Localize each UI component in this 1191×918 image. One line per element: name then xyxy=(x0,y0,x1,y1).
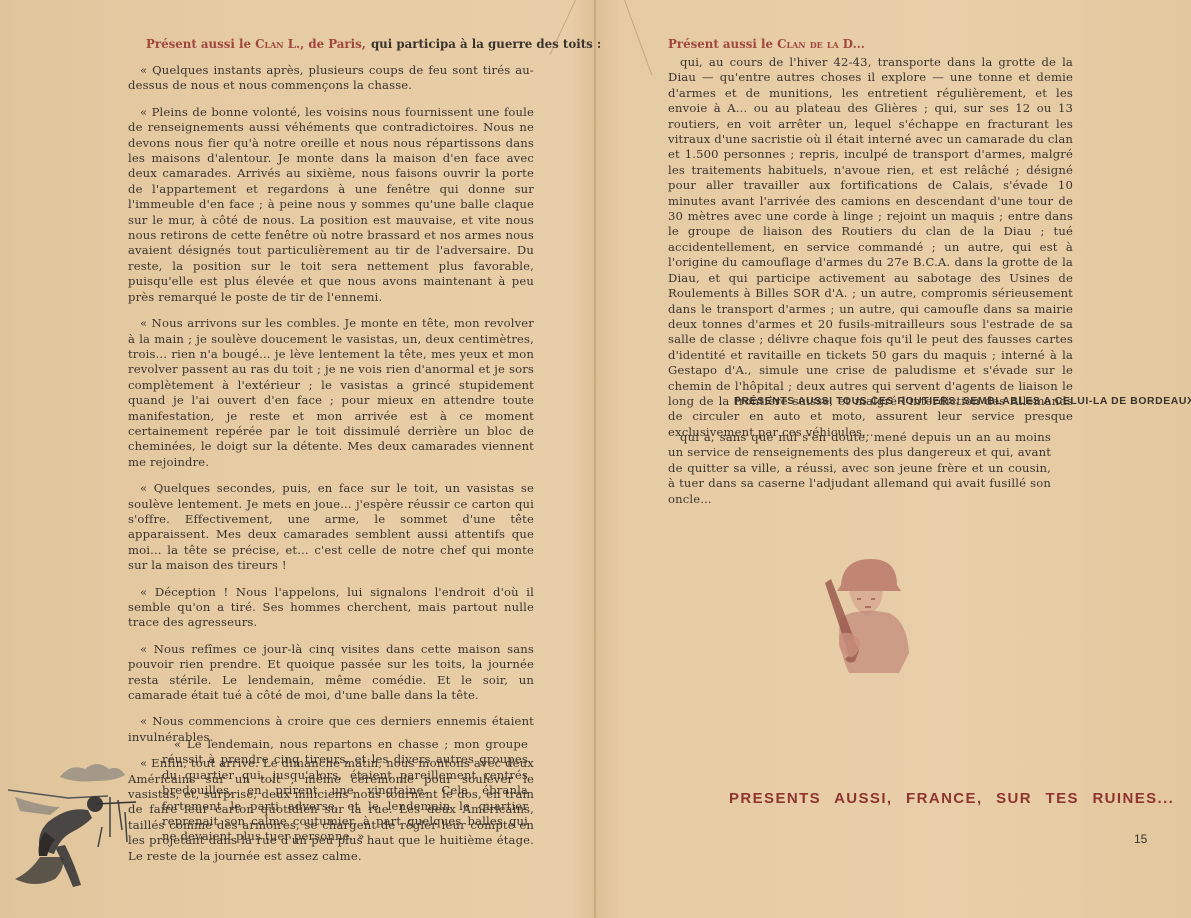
left-closing-paragraph: « Le lendemain, nous repartons en chasse… xyxy=(162,737,528,856)
right-page: Présent aussi le Clan de la D... qui, au… xyxy=(596,0,1191,918)
paragraph: « Pleins de bonne volonté, les voisins n… xyxy=(128,105,534,305)
right-page-heading: Présent aussi le Clan de la D... xyxy=(668,37,1068,51)
section-title: PRÉSENTS AUSSI TOUS CES ROUTIERS, SEMBLA… xyxy=(734,396,1154,407)
paragraph: « Déception ! Nous l'appelons, lui signa… xyxy=(128,585,534,631)
paragraph: « Quelques secondes, puis, en face sur l… xyxy=(128,481,534,573)
heading-prefix: Présent aussi le xyxy=(668,37,777,51)
left-page-heading: Présent aussi le Clan L., de Paris, qui … xyxy=(146,33,546,52)
right-body-text: qui, au cours de l'hiver 42-43, transpor… xyxy=(668,55,1073,451)
closing-banner: PRESENTS AUSSI, FRANCE, SUR TES RUINES..… xyxy=(729,790,1149,807)
heading-suffix: L., de Paris, xyxy=(284,37,366,51)
heading-red-part: Présent aussi le Clan L., de Paris, xyxy=(146,37,366,51)
paragraph: qui, au cours de l'hiver 42-43, transpor… xyxy=(668,55,1073,440)
rooftop-runner-sketch-illustration xyxy=(0,752,150,912)
heading-smallcaps: Clan de la D... xyxy=(777,37,865,51)
page-number: 15 xyxy=(1134,832,1147,846)
paragraph: « Quelques instants après, plusieurs cou… xyxy=(128,63,534,94)
left-page: Présent aussi le Clan L., de Paris, qui … xyxy=(0,0,594,918)
heading-smallcaps: Clan xyxy=(255,37,284,51)
booklet-spread: Présent aussi le Clan L., de Paris, qui … xyxy=(0,0,1191,918)
paragraph: qui a, sans que nul s'en doute, mené dep… xyxy=(668,430,1051,507)
paragraph: « Nous arrivons sur les combles. Je mont… xyxy=(128,316,534,470)
paragraph: « Le lendemain, nous repartons en chasse… xyxy=(162,737,528,845)
heading-dark-part: qui participa à la guerre des toits : xyxy=(371,37,601,51)
bordeaux-paragraph: qui a, sans que nul s'en doute, mené dep… xyxy=(668,430,1051,518)
heading-prefix: Présent aussi le xyxy=(146,37,255,51)
helmeted-soldier-illustration xyxy=(811,555,911,675)
paragraph: « Nous refîmes ce jour-là cinq visites d… xyxy=(128,642,534,704)
